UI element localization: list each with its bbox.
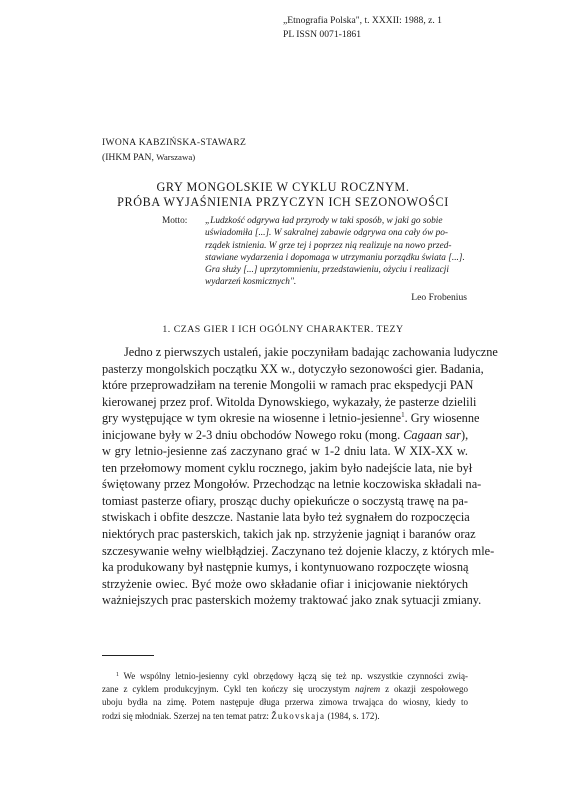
body-line: które przeprowadziłam na terenie Mongoli… <box>102 377 468 394</box>
body-line: stwiskach i obfite deszcze. Nastanie lat… <box>102 509 468 526</box>
motto-line: „Ludzkość odgrywa ład przyrody w taki sp… <box>205 215 470 227</box>
body-line: ka produkowany był następnie kumys, i ko… <box>102 559 468 576</box>
body-line: ten przełomowy moment cyklu rocznego, ja… <box>102 460 468 477</box>
motto-label: Motto: <box>162 215 187 227</box>
body-line: gry występujące w tym okresie na wiosenn… <box>102 410 468 427</box>
footnote-line: uboju bydła na zimę. Potem następuje dłu… <box>102 696 468 709</box>
footnote-divider <box>102 655 154 656</box>
body-line: świętowany przez Mongołów. Przechodząc n… <box>102 476 468 493</box>
mongolian-term: Cagaan sar <box>403 428 461 442</box>
cited-author: Žukovskaja <box>271 711 325 721</box>
section-heading: 1. CZAS GIER I ICH OGÓLNY CHARAKTER. TEZ… <box>0 324 566 335</box>
body-line: w gry letnio-jesienne zaś zaczynano grać… <box>102 443 468 460</box>
motto-line: wydarzeń kosmicznych". <box>205 276 470 288</box>
motto-line: stawiane wydarzenia i dopomaga w utrzyma… <box>205 252 470 264</box>
body-paragraph: Jedno z pierwszych ustaleń, jakie poczyn… <box>102 344 468 609</box>
body-line: szczesywanie wełny wielbłądziej. Zaczyna… <box>102 543 468 560</box>
body-line: inicjowane były w 2-3 dniu obchodów Nowe… <box>102 427 468 444</box>
journal-header: „Etnografia Polska", t. XXXII: 1988, z. … <box>283 14 442 42</box>
footnote-line: zane z cyklem produkcyjnym. Cykl ten koń… <box>102 683 468 696</box>
motto-quote: „Ludzkość odgrywa ład przyrody w taki sp… <box>205 215 470 289</box>
title-line-1: GRY MONGOLSKIE W CYKLU ROCZNYM. <box>0 180 566 195</box>
footnote-line: 1 We wspólny letnio-jesienny cykl obrzęd… <box>102 670 468 683</box>
article-title: GRY MONGOLSKIE W CYKLU ROCZNYM. PRÓBA WY… <box>0 180 566 210</box>
body-line: Jedno z pierwszych ustaleń, jakie poczyn… <box>102 344 468 361</box>
body-line: pasterzy mongolskich początku XX w., dot… <box>102 361 468 378</box>
footnote-number: 1 <box>116 672 119 678</box>
mongolian-term: najrem <box>355 684 380 694</box>
footnote-line: rodzi się młodniak. Szerzej na ten temat… <box>102 710 468 723</box>
motto-line: Gra służy [...] uprzytomnieniu, przedsta… <box>205 264 470 276</box>
motto-attribution: Leo Frobenius <box>411 292 467 303</box>
issn: PL ISSN 0071-1861 <box>283 28 442 42</box>
body-line: ważniejszych prac pasterskich możemy tra… <box>102 592 468 609</box>
author-name: IWONA KABZIŃSKA-STAWARZ <box>102 137 246 148</box>
body-line: kierowanej przez prof. Witolda Dynowskie… <box>102 394 468 411</box>
author-affiliation: (IHKM PAN, Warszawa) <box>102 152 195 163</box>
footnote: 1 We wspólny letnio-jesienny cykl obrzęd… <box>102 670 468 723</box>
journal-citation: „Etnografia Polska", t. XXXII: 1988, z. … <box>283 14 442 28</box>
body-line: tomiast pasterze ofiary, prosząc duchy o… <box>102 493 468 510</box>
body-line: strzyżenie owiec. Być może owo składanie… <box>102 576 468 593</box>
affiliation-city: Warszawa) <box>156 152 195 162</box>
body-line: niektórych prac pasterskich, takich jak … <box>102 526 468 543</box>
motto-line: uświadomiła [...]. W sakralnej zabawie o… <box>205 227 470 239</box>
affiliation-institution: (IHKM PAN, <box>102 152 156 163</box>
motto-line: rządek istnienia. W grze tej i poprzez n… <box>205 240 470 252</box>
title-line-2: PRÓBA WYJAŚNIENIA PRZYCZYN ICH SEZONOWOŚ… <box>0 195 566 210</box>
